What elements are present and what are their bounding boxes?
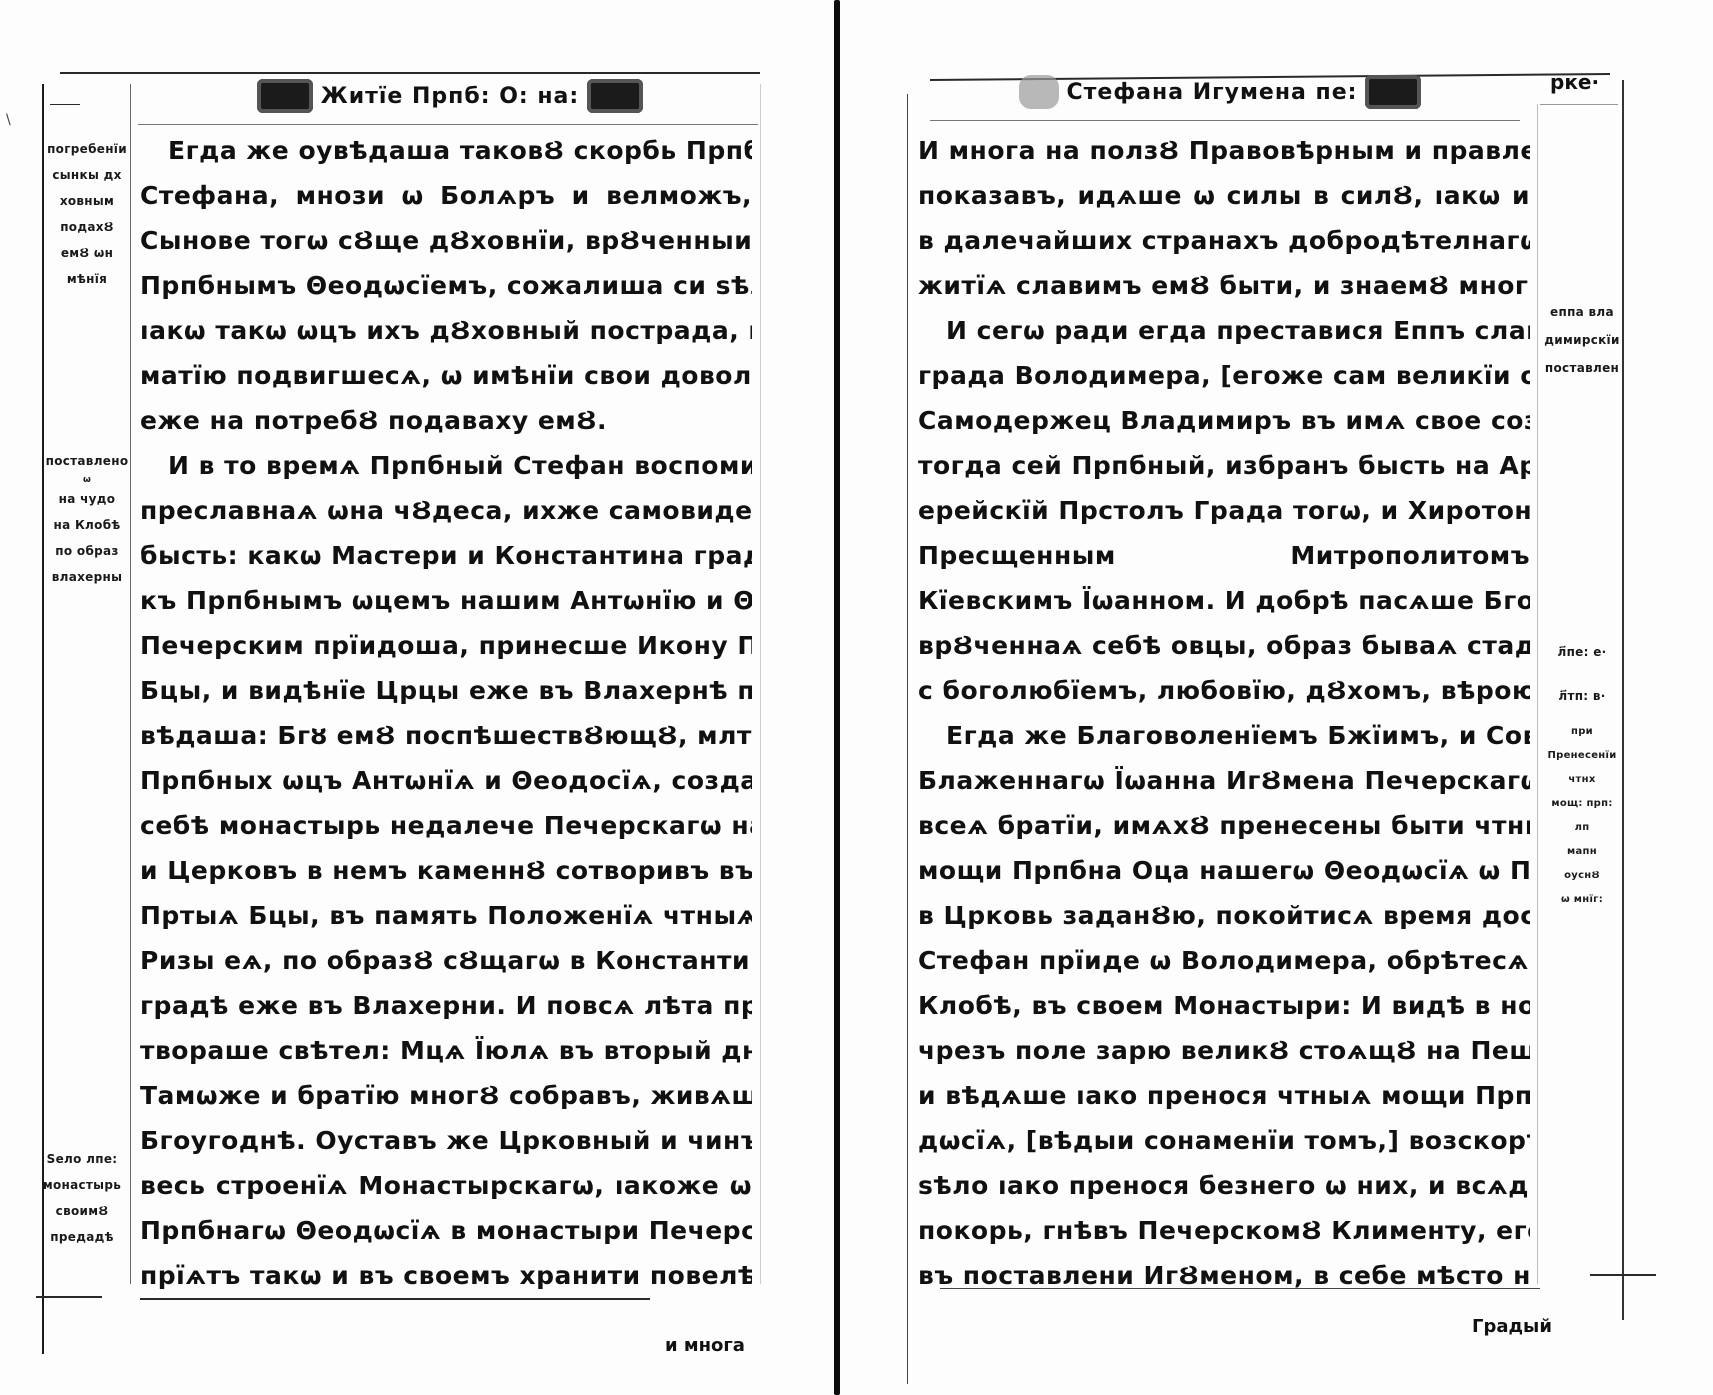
left-right-border bbox=[760, 84, 761, 1284]
text-line: и вѣдѧше ıако пренося чтныѧ мощи Прпбна … bbox=[918, 1073, 1530, 1118]
text-line: с боголюбїемъ, любовїю, дȢхомъ, вѣрою, ч… bbox=[918, 668, 1530, 713]
text-line: Стефана, мнози ω Болѧръ и велможъ, bbox=[140, 173, 752, 218]
text-line: ѕѣло ıако пренося безнего ω них, и всѧде… bbox=[918, 1163, 1530, 1208]
text-line: себѣ монастырь недалече Печерскагω на Кл… bbox=[140, 803, 752, 848]
text-line: Бгоугоднѣ. Оуставъ же Црковный и чинъ bbox=[140, 1118, 752, 1163]
left-margin-note-2: поставлено ω на чудо на Клобѣ по образ в… bbox=[44, 448, 130, 590]
right-running-header: Стефана Игумена пе: bbox=[1000, 72, 1440, 112]
text-line: прїѧтъ такω и въ своемъ хранити повелѣ. bbox=[140, 1253, 752, 1298]
text-line: в далечайших странахъ добродѣтелнагω рад… bbox=[918, 218, 1530, 263]
text-line: Кїевскимъ Їωанном. И добрѣ пасѧше Бгом- bbox=[918, 578, 1530, 623]
left-text-block: Егда же оувѣдаша таковȢ скорбь Прпбнаго … bbox=[140, 128, 752, 1298]
text-line: матїю подвигшесѧ, ω имѣнїи свои доволно bbox=[140, 353, 752, 398]
right-margin-bottom-rule bbox=[1590, 1274, 1656, 1276]
text-line: Тамωже и братїю многȢ собравъ, живѧше bbox=[140, 1073, 752, 1118]
right-margin-note-2: л҃пе: е· л҃тп: в· bbox=[1540, 630, 1624, 718]
left-margin-top-rule bbox=[50, 104, 80, 105]
page-number: рке· bbox=[1550, 70, 1599, 94]
left-header-rule bbox=[138, 124, 758, 125]
text-line: ıакω такω ωцъ ихъ дȢховный пострада, и bbox=[140, 308, 752, 353]
text-line: всеѧ братїи, имѧхȢ пренесены быти чтныѧ bbox=[918, 803, 1530, 848]
text-line: града Володимера, [егоже сам великїи онъ bbox=[918, 353, 1530, 398]
text-line: мощи Прпбна Оца нашегω Θеодωсїѧ ω Пещеры bbox=[918, 848, 1530, 893]
text-line: покорь, гнѣвъ ПечерскомȢ Клименту, егоже bbox=[918, 1208, 1530, 1253]
left-margin-bottom-rule bbox=[36, 1296, 102, 1298]
text-line: дωсїѧ, [вѣдыи сонаменїи томъ,] возскорѣ bbox=[918, 1118, 1530, 1163]
text-line: Прпбнымъ Θеодωсїемъ, сожалиша си ѕѣло, bbox=[140, 263, 752, 308]
text-line: в Црковь заданȢю, покойтисѧ время достоѧ… bbox=[918, 893, 1530, 938]
left-margin-note-3: Ѕело лпе: монастырь своимȢ предадѣ bbox=[34, 1146, 130, 1250]
text-line: бысть: какω Мастери и Константина града bbox=[140, 533, 752, 578]
book-gutter bbox=[834, 0, 840, 1395]
text-line: вѣдаша: Бгȣ емȢ поспѣшествȢющȢ, млтвами bbox=[140, 713, 752, 758]
ornament-icon bbox=[257, 79, 313, 113]
left-running-header: Житїе Прпб: О: на: bbox=[140, 76, 760, 116]
right-text-block: И многа на ползȢ Правовѣрным и правленїѧ… bbox=[918, 128, 1530, 1298]
right-margin-divider bbox=[1537, 104, 1538, 1284]
ornament-icon bbox=[1365, 75, 1421, 109]
right-inner-border bbox=[907, 94, 908, 1384]
text-line: Пресщенным Митрополитомъ bbox=[918, 533, 1530, 578]
text-line: ерейскїй Прстолъ Града тогω, и Хиротонис… bbox=[918, 488, 1530, 533]
right-bottom-rule bbox=[940, 1288, 1540, 1289]
left-margin-divider bbox=[130, 84, 131, 1284]
text-line: И в то времѧ Прпбный Стефан воспоминаѧ bbox=[140, 443, 752, 488]
text-line: градѣ еже въ Влахерни. И повсѧ лѣта праз… bbox=[140, 983, 752, 1028]
text-line: И многа на ползȢ Правовѣрным и правленїѧ bbox=[918, 128, 1530, 173]
text-line: Прпбных ωцъ Антωнїѧ и Θеодосїѧ, созда си bbox=[140, 758, 752, 803]
text-line: Стефан прїиде ω Володимера, обрѣтесѧ на bbox=[918, 938, 1530, 983]
text-line: твораше свѣтел: Мцѧ Їюлѧ въ вторый днь. bbox=[140, 1028, 752, 1073]
right-catchword: Градый bbox=[1472, 1316, 1552, 1337]
text-line: житїѧ славимъ емȢ быти, и знаемȢ многим. bbox=[918, 263, 1530, 308]
right-margin-note-3: при Пренесенїи чтнх мощ: прп: лп мапн оу… bbox=[1540, 720, 1624, 912]
stray-mark: \ bbox=[6, 112, 11, 128]
text-line: Бцы, и видѣнїе Црцы еже въ Влахернѣ по- bbox=[140, 668, 752, 713]
text-line: Печерским прїидоша, принесше Икону Пртыѧ bbox=[140, 623, 752, 668]
text-line: врȢченнаѧ себѣ овцы, образ бываѧ стадȢ bbox=[918, 623, 1530, 668]
right-header-title: Стефана Игумена пе: bbox=[1067, 80, 1358, 105]
text-line: показавъ, идѧше ω силы в силȢ, ıакω и bbox=[918, 173, 1530, 218]
right-margin-top-rule bbox=[1540, 104, 1618, 105]
text-line: тогда сей Прпбный, избранъ бысть на Архї… bbox=[918, 443, 1530, 488]
text-line: весь строенїѧ Монастырскагω, ıакоже ω bbox=[140, 1163, 752, 1208]
right-header-rule bbox=[930, 120, 1520, 121]
right-margin-note-1: еппа вла димирскїи поставлен bbox=[1540, 298, 1624, 382]
text-line: Блаженнагω Їωанна ИгȢмена Печерскагω, и bbox=[918, 758, 1530, 803]
text-line: Самодержец Владимиръ въ имѧ свое созда] bbox=[918, 398, 1530, 443]
text-line: еже на потребȢ подаваху емȢ. bbox=[140, 398, 752, 443]
text-line: Сынове тогω сȢще дȢховнїи, врȢченныи емȢ bbox=[140, 218, 752, 263]
left-header-title: Житїе Прпб: О: на: bbox=[321, 84, 579, 109]
text-line: и Церковъ в немъ каменнȢ сотворивъ въ Им… bbox=[140, 848, 752, 893]
left-catchword: и многа bbox=[665, 1335, 745, 1356]
text-line: Егда же оувѣдаша таковȢ скорбь Прпбнаго bbox=[140, 128, 752, 173]
left-margin-note-1: погребенїи сынкы дх ховным подахȢ емȢ ωн… bbox=[44, 136, 130, 292]
text-line: Прпбнагω Θеодωсїѧ в монастыри Печерском bbox=[140, 1208, 752, 1253]
text-line: Пртыѧ Бцы, въ память Положенїѧ чтныѧ bbox=[140, 893, 752, 938]
ornament-icon bbox=[587, 79, 643, 113]
left-bottom-rule bbox=[140, 1298, 650, 1300]
left-top-rule bbox=[60, 72, 760, 74]
text-line: чрезъ поле зарю великȢ стоѧщȢ на Пещерою… bbox=[918, 1028, 1530, 1073]
text-line: Егда же Благоволенїемъ Бжїимъ, и Совѣтом… bbox=[918, 713, 1530, 758]
text-line: Ризы еѧ, по образȢ сȢщагω в Константинѣ bbox=[140, 938, 752, 983]
text-line: къ Прпбнымъ ωцемъ нашим Антωнїю и Θеодωс… bbox=[140, 578, 752, 623]
text-line: въ поставлени ИгȢменом, в себе мѣсто на … bbox=[918, 1253, 1530, 1298]
text-line: Клобѣ, въ своем Монастыри: И видѣ в нощи bbox=[918, 983, 1530, 1028]
ornament-icon bbox=[1019, 75, 1059, 109]
text-line: преславнаѧ ωна чȢдеса, ихже самовидецъ bbox=[140, 488, 752, 533]
text-line: И сегω ради егда преставися Еппъ славна bbox=[918, 308, 1530, 353]
